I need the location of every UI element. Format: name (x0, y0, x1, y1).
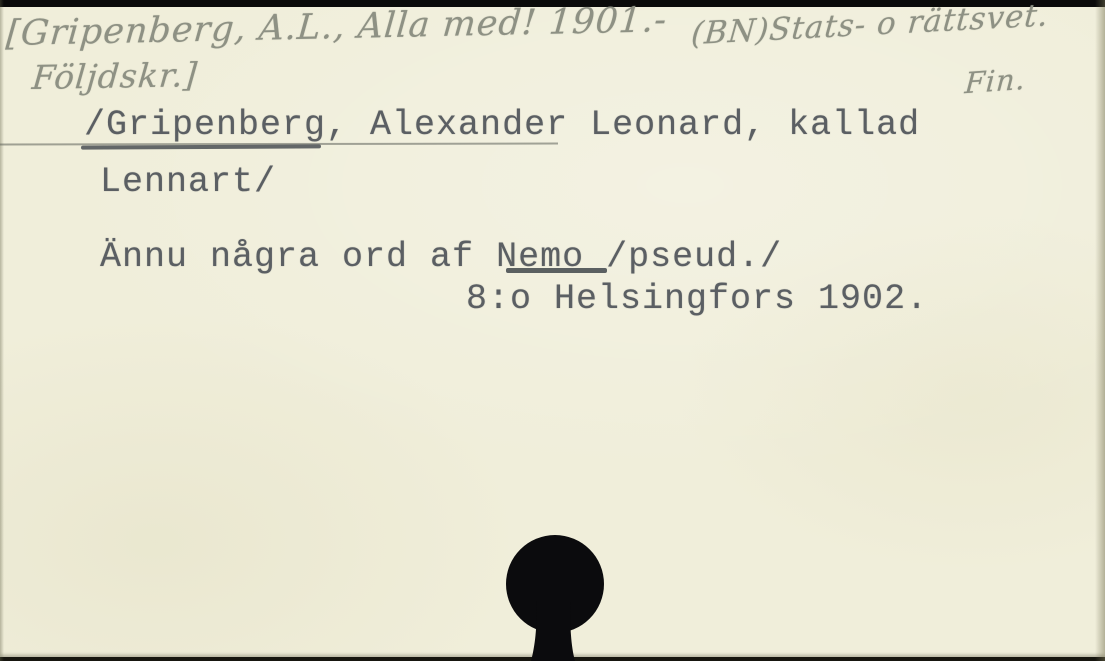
handwritten-header-entry: [Gripenberg, A.L., Alla med! 1901.- (5, 0, 669, 54)
typed-title-line: Ännu några ord af Nemo /pseud./ (100, 237, 782, 277)
scanned-catalog-card: [Gripenberg, A.L., Alla med! 1901.- (BN)… (0, 0, 1105, 661)
handwritten-subject-note: (BN)Stats- o rättsvet. (690, 0, 1050, 52)
heading-underline (81, 144, 321, 149)
typed-imprint-line: 8:o Helsingfors 1902. (466, 279, 928, 319)
title-suffix: /pseud./ (584, 237, 782, 277)
title-prefix: Ännu några ord af (100, 237, 496, 277)
typed-heading-line2: Lennart/ (100, 162, 276, 202)
handwritten-series-note: Följdskr.] (31, 55, 200, 97)
title-pseudonym: Nemo (496, 237, 584, 277)
scan-edge-bottom (0, 657, 1105, 661)
card-edge-left (0, 0, 4, 661)
typed-heading-line1: /Gripenberg, Alexander Leonard, kallad (84, 105, 920, 145)
card-edge-right (1095, 0, 1105, 661)
punch-hole-icon (0, 0, 1105, 661)
handwritten-country-note: Fin. (964, 62, 1028, 101)
